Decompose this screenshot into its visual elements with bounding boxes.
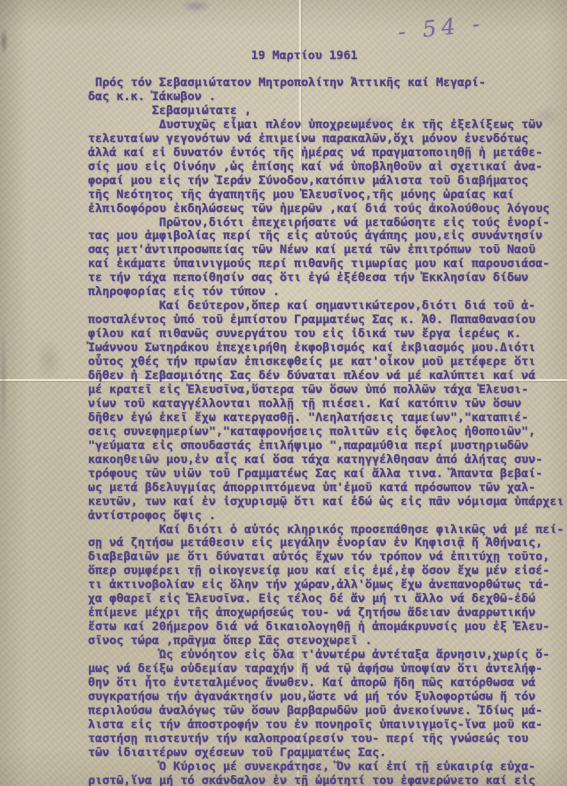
ink-smudge — [181, 0, 211, 12]
typed-letter-body: Πρός τόν Σεβασμιώτατον Μητροπολίτην Ἀττι… — [88, 76, 564, 786]
scanned-letter-page: - 54 - 19 Μαρτίου 1961 Πρός τόν Σεβασμιώ… — [0, 0, 567, 786]
handwritten-page-number: - 54 - — [397, 12, 486, 46]
paper-edge-mark — [0, 326, 7, 436]
paper-edge-mark — [0, 28, 8, 54]
letter-date: 19 Μαρτίου 1961 — [251, 48, 358, 62]
paper-stain — [36, 340, 62, 380]
